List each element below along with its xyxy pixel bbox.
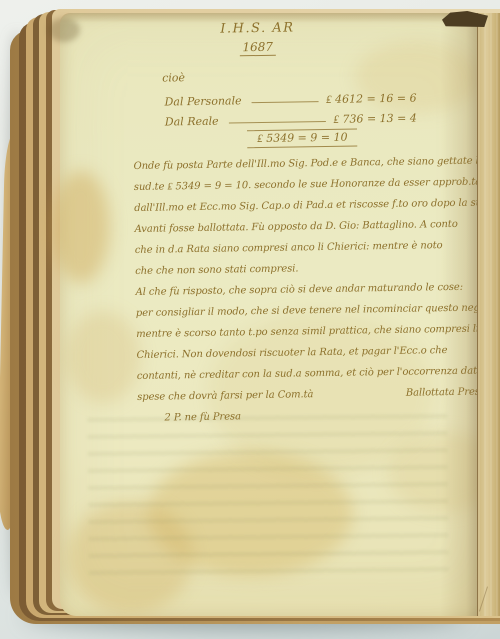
account-amount: ₤ 736 = 13 = 4 (333, 112, 417, 126)
account-ruled-dash (252, 101, 319, 103)
manuscript-photograph: I.H.S. AR 1687 cioè Dal Personale ₤ 4612… (0, 0, 500, 639)
cioe-label: cioè (162, 71, 185, 84)
year-text: 1687 (239, 40, 276, 57)
account-total: ₤ 5349 = 9 = 10 (247, 128, 358, 148)
account-label: Dal Personale (164, 94, 241, 108)
ihs-monogram: I.H.S. AR (197, 20, 317, 37)
accounts-block: Dal Personale ₤ 4612 = 16 = 6 Dal Reale … (164, 85, 417, 150)
binding-gutter-strip (477, 13, 500, 616)
binding-gutter-shade (440, 13, 478, 616)
closing-left-text: spese che dovrà farsi per la Com.tà (137, 389, 314, 413)
year-heading: 1687 (198, 39, 318, 55)
account-row: Dal Reale ₤ 736 = 13 = 4 (165, 105, 417, 129)
account-row: Dal Personale ₤ 4612 = 16 = 6 (164, 85, 416, 109)
account-amount: ₤ 4612 = 16 = 6 (326, 92, 417, 106)
manuscript-page: I.H.S. AR 1687 cioè Dal Personale ₤ 4612… (60, 13, 500, 616)
handwriting-layer: I.H.S. AR 1687 cioè Dal Personale ₤ 4612… (57, 9, 500, 619)
account-ruled-dash (229, 121, 326, 124)
account-label: Dal Reale (165, 115, 219, 129)
